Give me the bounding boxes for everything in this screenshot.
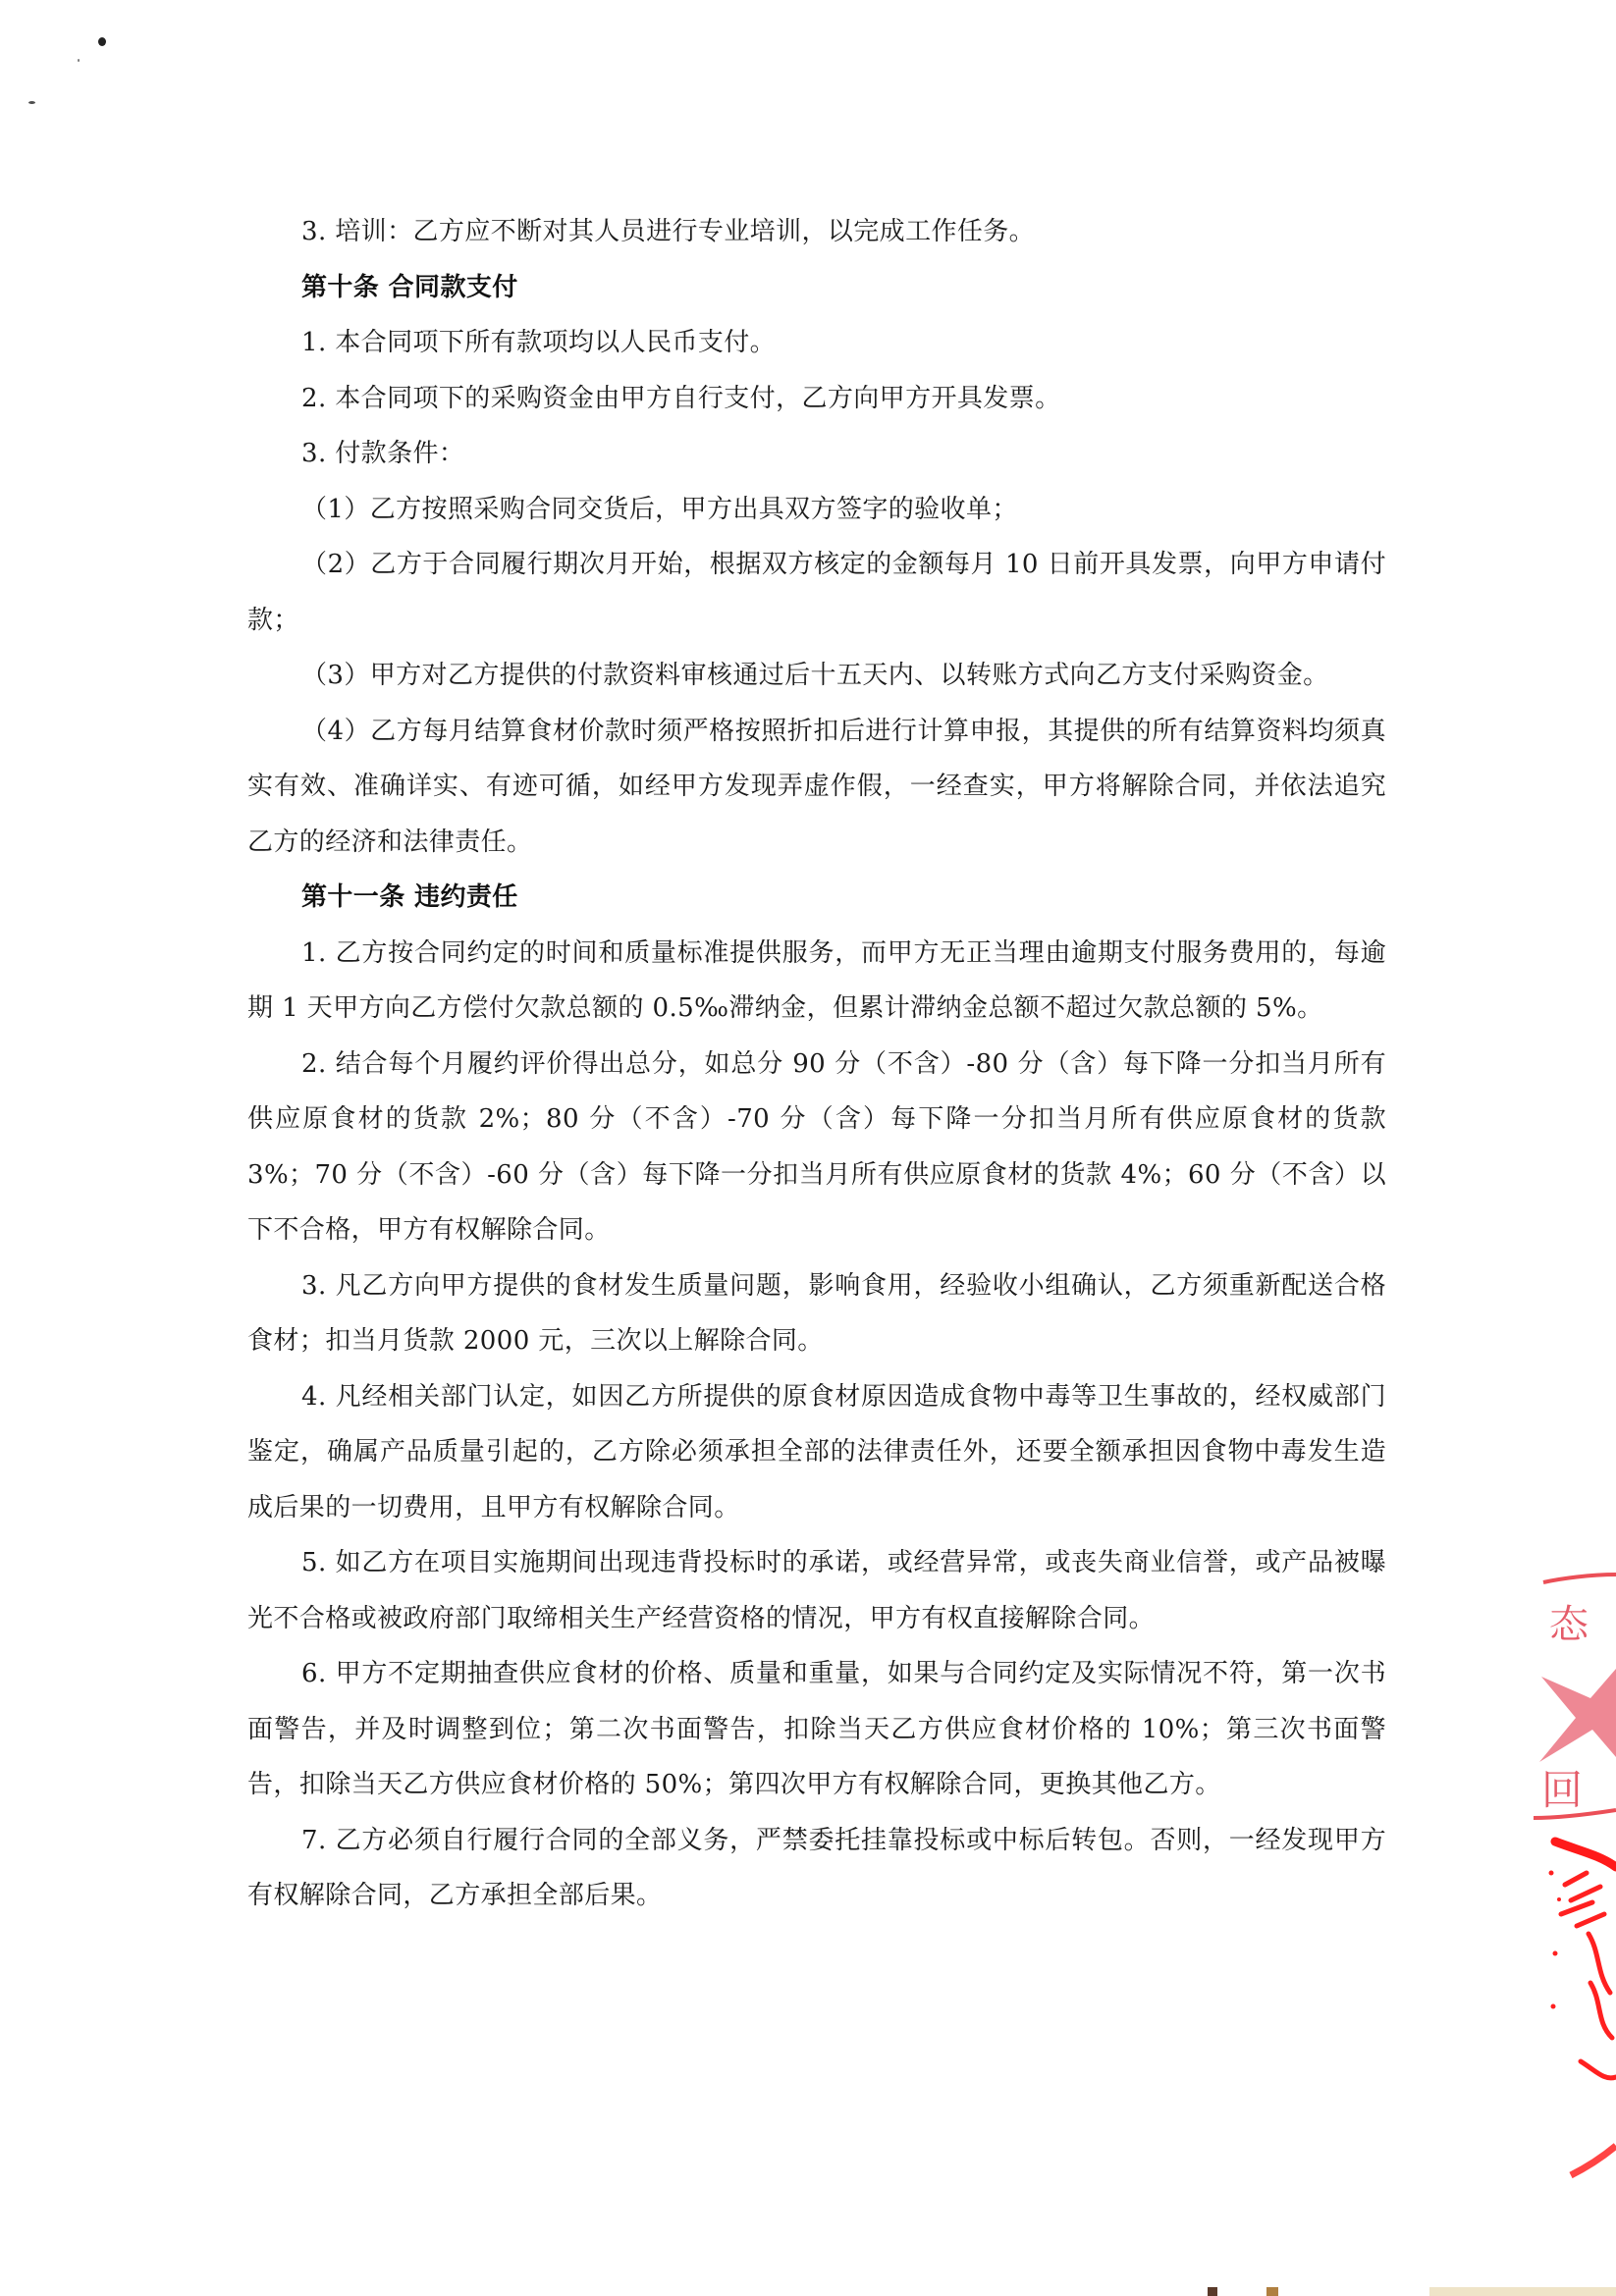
document-body: 3. 培训：乙方应不断对其人员进行专业培训，以完成工作任务。 第十条 合同款支付… [247, 204, 1386, 1924]
breach-clause-5: 5. 如乙方在项目实施期间出现违背投标时的承诺，或经营异常，或丧失商业信誉，或产… [247, 1535, 1386, 1646]
breach-clause-1: 1. 乙方按合同约定的时间和质量标准提供服务，而甲方无正当理由逾期支付服务费用的… [247, 926, 1386, 1037]
article-11-heading: 第十一条 违约责任 [247, 870, 1386, 926]
official-seal-stamp: 态 回 [1532, 1561, 1616, 2189]
seal-icon: 态 回 [1532, 1561, 1616, 2189]
breach-clause-7: 7. 乙方必须自行履行合同的全部义务，严禁委托挂靠投标或中标后转包。否则，一经发… [247, 1813, 1386, 1924]
payment-clause-2: 2. 本合同项下的采购资金由甲方自行支付，乙方向甲方开具发票。 [247, 371, 1386, 427]
scanned-page: 3. 培训：乙方应不断对其人员进行专业培训，以完成工作任务。 第十条 合同款支付… [0, 0, 1616, 2296]
scan-edge-marks [1139, 2287, 1616, 2296]
article-10-heading: 第十条 合同款支付 [247, 260, 1386, 316]
scan-speck [98, 37, 106, 46]
payment-clause-3: 3. 付款条件： [247, 426, 1386, 482]
payment-condition-4: （4）乙方每月结算食材价款时须严格按照折扣后进行计算申报，其提供的所有结算资料均… [247, 704, 1386, 871]
payment-condition-3: （3）甲方对乙方提供的付款资料审核通过后十五天内、以转账方式向乙方支付采购资金。 [247, 648, 1386, 704]
breach-clause-3: 3. 凡乙方向甲方提供的食材发生质量问题，影响食用，经验收小组确认，乙方须重新配… [247, 1258, 1386, 1369]
payment-clause-1: 1. 本合同项下所有款项均以人民币支付。 [247, 315, 1386, 371]
payment-condition-1: （1）乙方按照采购合同交货后，甲方出具双方签字的验收单； [247, 482, 1386, 538]
breach-clause-2: 2. 结合每个月履约评价得出总分，如总分 90 分（不含）-80 分（含）每下降… [247, 1037, 1386, 1258]
scan-speck [78, 59, 80, 62]
seal-char-2: 回 [1541, 1766, 1583, 1814]
seal-char-1: 态 [1549, 1602, 1589, 1647]
breach-clause-6: 6. 甲方不定期抽查供应食材的价格、质量和重量，如果与合同约定及实际情况不符，第… [247, 1646, 1386, 1813]
scan-speck [28, 101, 35, 104]
clause-training: 3. 培训：乙方应不断对其人员进行专业培训，以完成工作任务。 [247, 204, 1386, 260]
breach-clause-4: 4. 凡经相关部门认定，如因乙方所提供的原食材原因造成食物中毒等卫生事故的，经权… [247, 1369, 1386, 1536]
payment-condition-2: （2）乙方于合同履行期次月开始，根据双方核定的金额每月 10 日前开具发票，向甲… [247, 537, 1386, 648]
